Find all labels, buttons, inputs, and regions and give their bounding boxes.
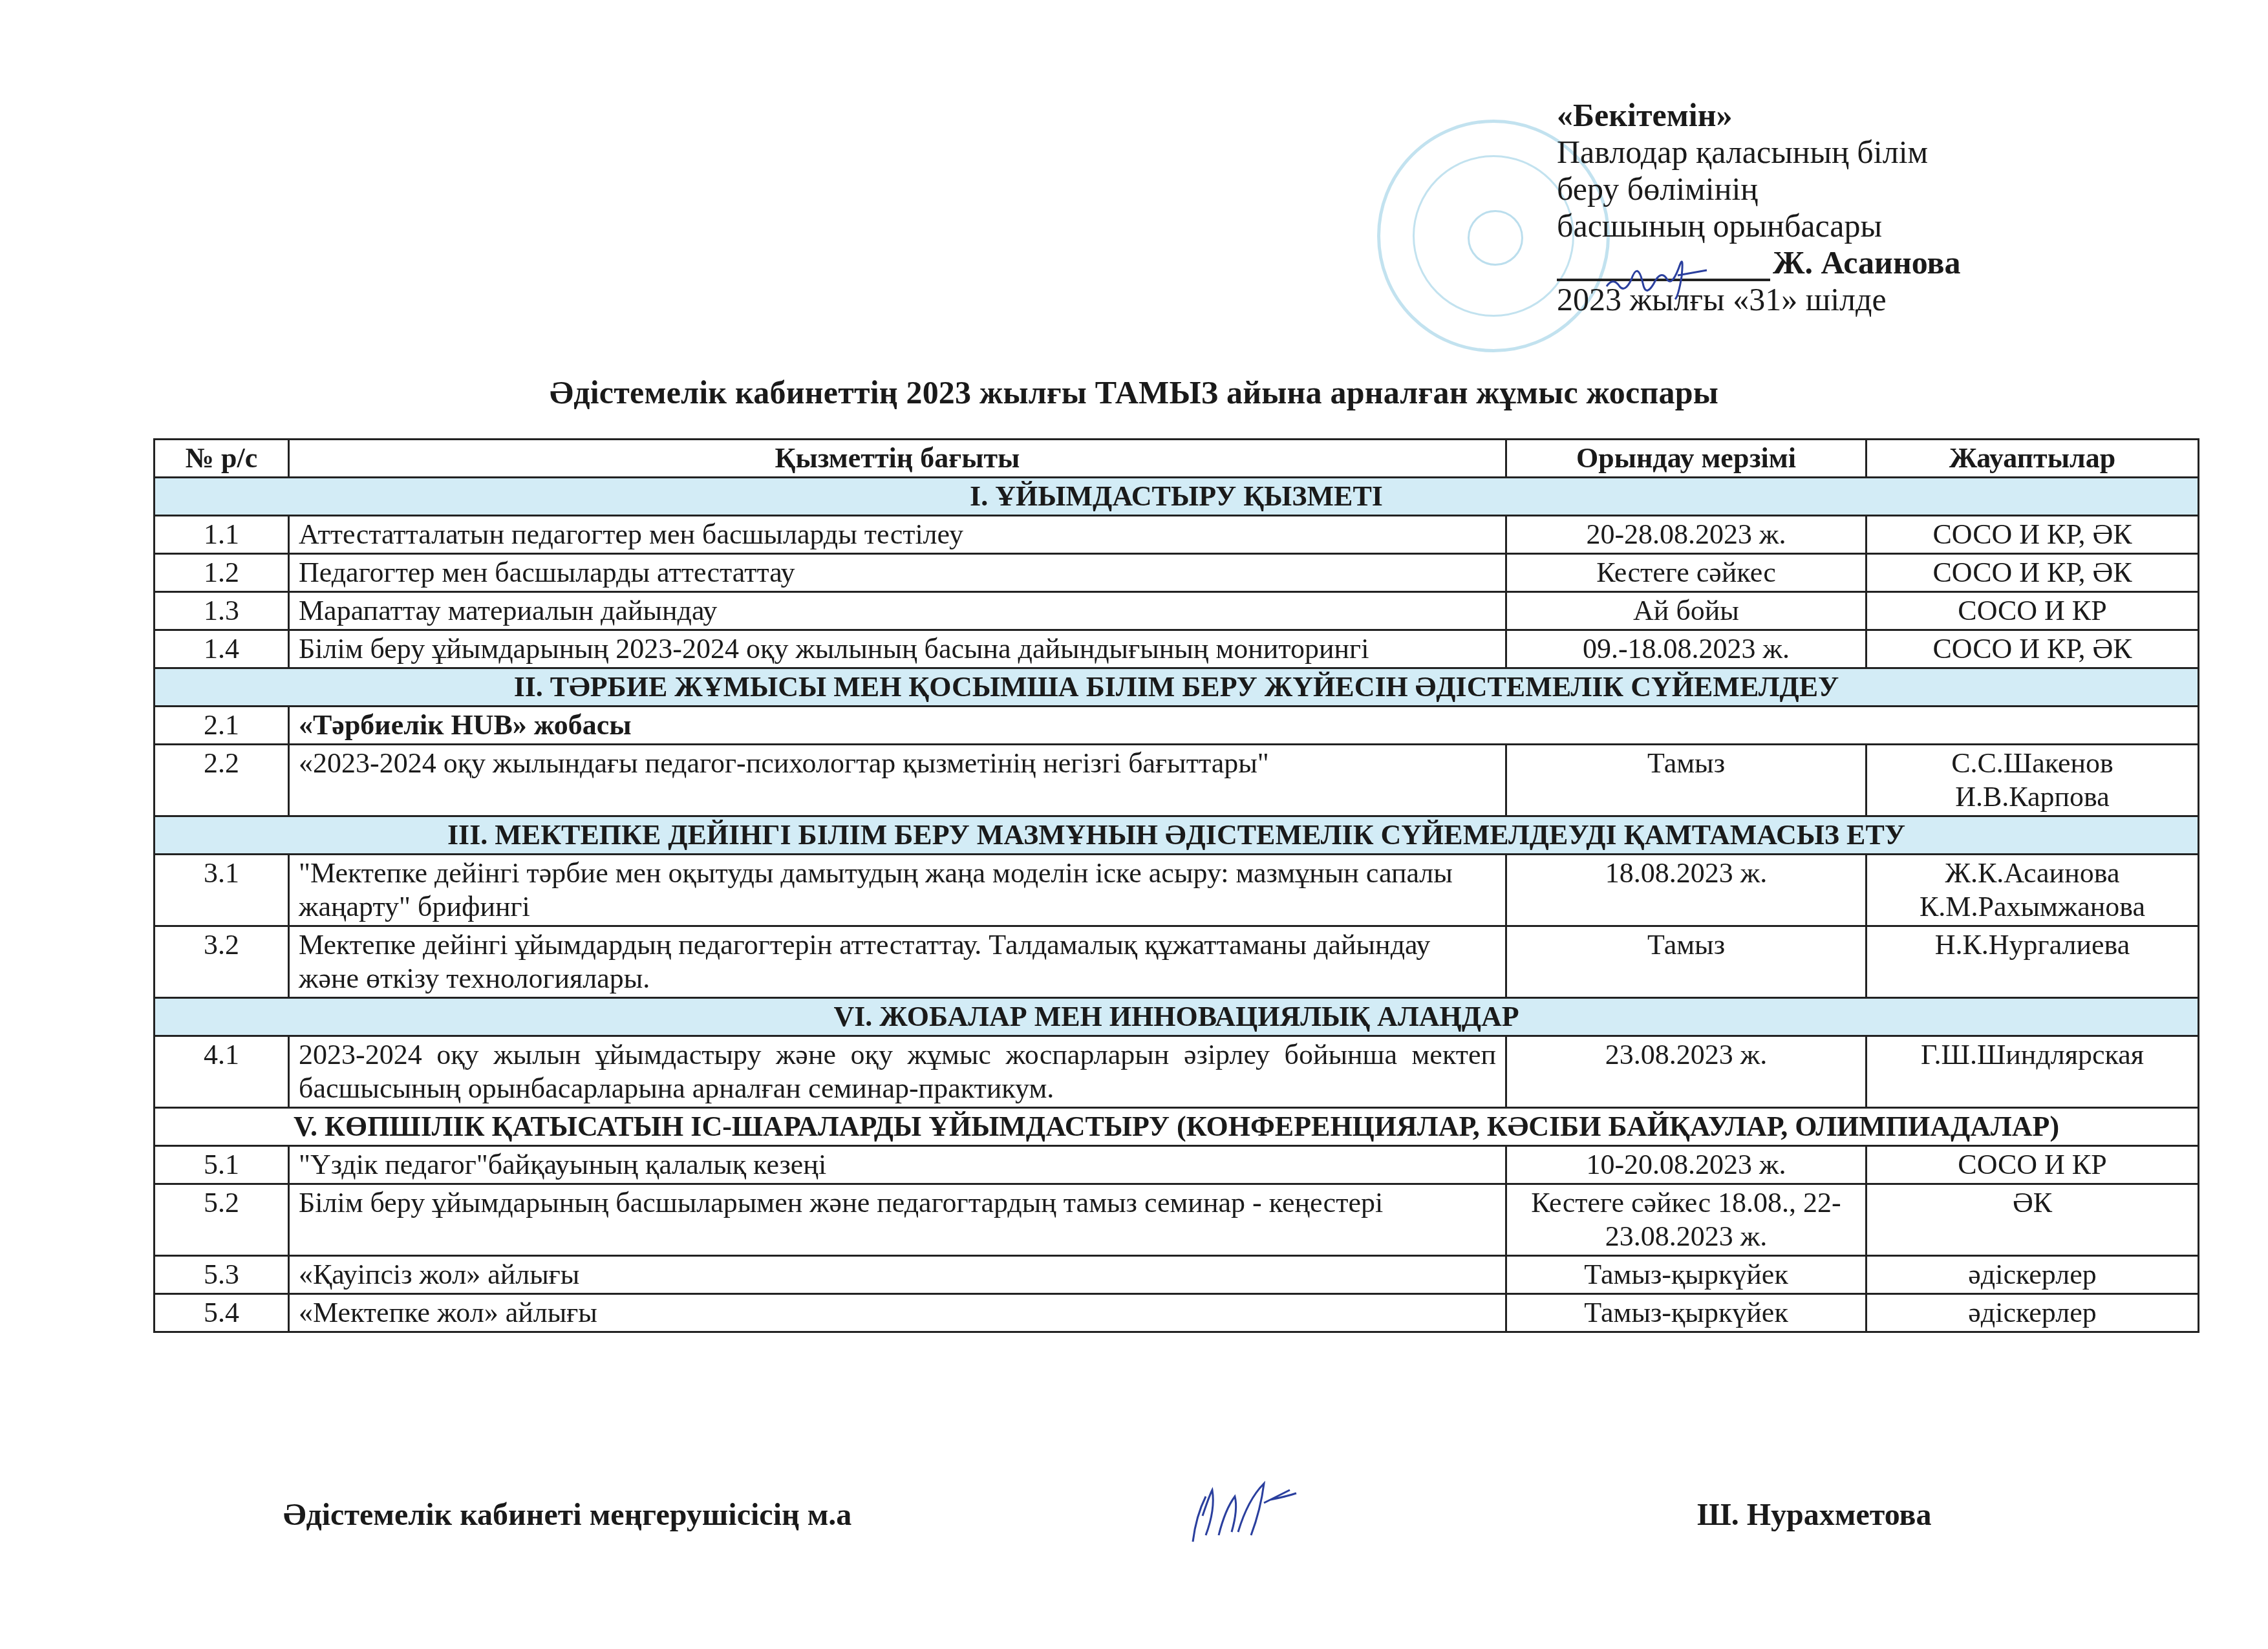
row-deadline: 09.-18.08.2023 ж. (1506, 630, 1867, 668)
table-row: 4.1 2023-2024 оқу жылын ұйымдастыру және… (155, 1036, 2199, 1108)
row-responsible: Н.К.Нургалиева (1867, 926, 2199, 998)
row-direction: "Мектепке дейінгі тәрбие мен оқытуды дам… (289, 855, 1506, 926)
table-row: 5.2 Білім беру ұйымдарының басшыларымен … (155, 1184, 2199, 1256)
row-num: 2.2 (155, 745, 289, 816)
row-num: 1.3 (155, 592, 289, 630)
approval-line: беру бөлімінің (1557, 171, 2074, 207)
header-deadline: Орындау мерзімі (1506, 440, 1867, 478)
approval-signatory: Ж. Асаинова (1773, 244, 1960, 281)
document-title: Әдістемелік кабинеттің 2023 жылғы ТАМЫЗ … (0, 374, 2268, 411)
row-num: 1.4 (155, 630, 289, 668)
row-deadline: Кестеге сәйкес 18.08., 22-23.08.2023 ж. (1506, 1184, 1867, 1256)
row-num: 5.2 (155, 1184, 289, 1256)
table-row: 1.4 Білім беру ұйымдарының 2023-2024 оқу… (155, 630, 2199, 668)
table-row: 3.2 Мектепке дейінгі ұйымдардың педагогт… (155, 926, 2199, 998)
row-responsible: Г.Ш.Шиндлярская (1867, 1036, 2199, 1108)
row-direction: «Тәрбиелік HUB» жобасы (289, 707, 2199, 745)
footer-position: Әдістемелік кабинеті меңгерушісісің м.а (283, 1497, 851, 1533)
row-deadline: Тамыз (1506, 926, 1867, 998)
signature-icon (1600, 257, 1717, 303)
header-responsible: Жауаптылар (1867, 440, 2199, 478)
row-responsible: СОСО И КР (1867, 592, 2199, 630)
row-deadline: 10-20.08.2023 ж. (1506, 1146, 1867, 1184)
table-row: 1.3 Марапаттау материалын дайындау Ай бо… (155, 592, 2199, 630)
row-num: 5.1 (155, 1146, 289, 1184)
responsible-person: Ж.К.Асаинова (1876, 856, 2188, 890)
row-responsible: әдіскерлер (1867, 1256, 2199, 1294)
row-responsible: әдіскерлер (1867, 1294, 2199, 1332)
row-num: 3.2 (155, 926, 289, 998)
section-title: III. МЕКТЕПКЕ ДЕЙІНГІ БІЛІМ БЕРУ МАЗМҰНЫ… (155, 816, 2199, 855)
row-responsible: С.С.Шакенов И.В.Карпова (1867, 745, 2199, 816)
row-deadline: 23.08.2023 ж. (1506, 1036, 1867, 1108)
table-row: 3.1 "Мектепке дейінгі тәрбие мен оқытуды… (155, 855, 2199, 926)
row-deadline: Ай бойы (1506, 592, 1867, 630)
row-direction: Марапаттау материалын дайындау (289, 592, 1506, 630)
table-row: 2.2 «2023-2024 оқу жылындағы педагог-пси… (155, 745, 2199, 816)
row-direction: Мектепке дейінгі ұйымдардың педагогтерін… (289, 926, 1506, 998)
section-title: II. ТӘРБИЕ ЖҰМЫСЫ МЕН ҚОСЫМША БІЛІМ БЕРУ… (155, 668, 2199, 707)
row-responsible: Ж.К.Асаинова К.М.Рахымжанова (1867, 855, 2199, 926)
section-row: II. ТӘРБИЕ ЖҰМЫСЫ МЕН ҚОСЫМША БІЛІМ БЕРУ… (155, 668, 2199, 707)
approval-heading: «Бекітемін» (1557, 97, 2074, 134)
row-direction: Педагогтер мен басшыларды аттестаттау (289, 554, 1506, 592)
footer-name: Ш. Нурахметова (1697, 1497, 1931, 1533)
row-direction: Білім беру ұйымдарының басшыларымен және… (289, 1184, 1506, 1256)
row-direction: Аттестатталатын педагогтер мен басшылард… (289, 516, 1506, 554)
approval-line: Павлодар қаласының білім (1557, 134, 2074, 171)
row-deadline: Кестеге сәйкес (1506, 554, 1867, 592)
signature-icon (1173, 1477, 1354, 1548)
responsible-person: И.В.Карпова (1876, 780, 2188, 814)
row-direction: «Мектепке жол» айлығы (289, 1294, 1506, 1332)
row-num: 4.1 (155, 1036, 289, 1108)
header-direction: Қызметтің бағыты (289, 440, 1506, 478)
row-responsible: СОСО И КР, ӘК (1867, 630, 2199, 668)
row-direction: "Үздік педагог"байқауының қалалық кезеңі (289, 1146, 1506, 1184)
row-num: 5.4 (155, 1294, 289, 1332)
row-deadline: 20-28.08.2023 ж. (1506, 516, 1867, 554)
row-direction: 2023-2024 оқу жылын ұйымдастыру және оқу… (289, 1036, 1506, 1108)
approval-line: басшының орынбасары (1557, 207, 2074, 244)
row-deadline: Тамыз (1506, 745, 1867, 816)
row-num: 1.2 (155, 554, 289, 592)
row-num: 5.3 (155, 1256, 289, 1294)
section-row: VI. ЖОБАЛАР МЕН ИННОВАЦИЯЛЫҚ АЛАҢДАР (155, 998, 2199, 1036)
row-num: 3.1 (155, 855, 289, 926)
row-responsible: СОСО И КР (1867, 1146, 2199, 1184)
row-deadline: Тамыз-қыркүйек (1506, 1256, 1867, 1294)
section-row: I. ҰЙЫМДАСТЫРУ ҚЫЗМЕТІ (155, 478, 2199, 516)
section-title: I. ҰЙЫМДАСТЫРУ ҚЫЗМЕТІ (155, 478, 2199, 516)
header-num: № р/с (155, 440, 289, 478)
table-row: 1.2 Педагогтер мен басшыларды аттестатта… (155, 554, 2199, 592)
row-direction: Білім беру ұйымдарының 2023-2024 оқу жыл… (289, 630, 1506, 668)
row-responsible: ӘК (1867, 1184, 2199, 1256)
section-title: V. КӨПШІЛІК ҚАТЫСАТЫН ІС-ШАРАЛАРДЫ ҰЙЫМД… (155, 1108, 2199, 1146)
row-responsible: СОСО И КР, ӘК (1867, 554, 2199, 592)
section-row: III. МЕКТЕПКЕ ДЕЙІНГІ БІЛІМ БЕРУ МАЗМҰНЫ… (155, 816, 2199, 855)
table-row: 2.1 «Тәрбиелік HUB» жобасы (155, 707, 2199, 745)
responsible-person: К.М.Рахымжанова (1876, 890, 2188, 924)
row-deadline: 18.08.2023 ж. (1506, 855, 1867, 926)
section-row: V. КӨПШІЛІК ҚАТЫСАТЫН ІС-ШАРАЛАРДЫ ҰЙЫМД… (155, 1108, 2199, 1146)
work-plan-table: № р/с Қызметтің бағыты Орындау мерзімі Ж… (153, 438, 2199, 1333)
row-responsible: СОСО И КР, ӘК (1867, 516, 2199, 554)
table-header-row: № р/с Қызметтің бағыты Орындау мерзімі Ж… (155, 440, 2199, 478)
table-row: 5.1 "Үздік педагог"байқауының қалалық ке… (155, 1146, 2199, 1184)
section-title: VI. ЖОБАЛАР МЕН ИННОВАЦИЯЛЫҚ АЛАҢДАР (155, 998, 2199, 1036)
row-num: 1.1 (155, 516, 289, 554)
row-deadline: Тамыз-қыркүйек (1506, 1294, 1867, 1332)
table-row: 5.4 «Мектепке жол» айлығы Тамыз-қыркүйек… (155, 1294, 2199, 1332)
row-direction: «2023-2024 оқу жылындағы педагог-психоло… (289, 745, 1506, 816)
responsible-person: С.С.Шакенов (1876, 747, 2188, 780)
table-row: 1.1 Аттестатталатын педагогтер мен басшы… (155, 516, 2199, 554)
row-direction: «Қауіпсіз жол» айлығы (289, 1256, 1506, 1294)
table-row: 5.3 «Қауіпсіз жол» айлығы Тамыз-қыркүйек… (155, 1256, 2199, 1294)
row-num: 2.1 (155, 707, 289, 745)
